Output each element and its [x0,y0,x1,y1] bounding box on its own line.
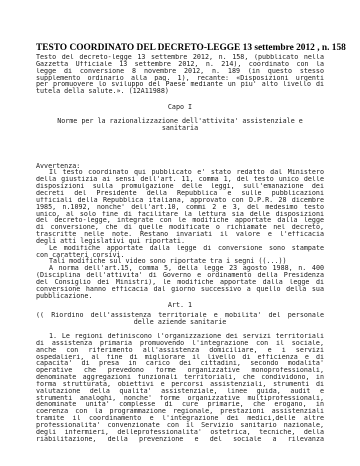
article-subheading: (( Riordino dell'assistenza territoriale… [36,312,324,326]
text-line: decreti del Presidente della Repubblica … [36,190,324,197]
text-line: professionalita' convenzionate con il Se… [36,422,324,429]
text-line: valutazione della qualita' assistenziale… [36,388,324,395]
document-body: TESTO COORDINATO DEL DECRETO-LEGGE 13 se… [36,44,324,443]
document-page: TESTO COORDINATO DEL DECRETO-LEGGE 13 se… [0,0,360,466]
spacer [36,326,324,333]
text-line: di conversione, che di quelle modificate… [36,224,324,231]
text-line: Tali modifiche sul video sono riportate … [36,258,324,265]
text-line: strumenti analoghi, nonche' forme organi… [36,395,324,402]
avvertenza-section: Avvertenza:Il testo coordinato qui pubbl… [36,163,324,300]
text-line: degli infermieri, delleprofessionalita' … [36,429,324,436]
document-title: TESTO COORDINATO DEL DECRETO-LEGGE 13 se… [36,44,324,53]
text-line: anche con riferimento all'assistenza dom… [36,347,324,354]
text-line: denominate aggregazioni funzionali terri… [36,374,324,381]
text-line: Art. 1 [36,302,324,309]
spacer [36,132,324,163]
text-line: riabilitazione, della prevenzione e del … [36,436,324,443]
text-line: pubblicazione. [36,293,324,300]
chapter-subheading: Norme per la razionalizzazione dell'atti… [36,118,324,132]
text-line: capacita' di presa in carico dei cittadi… [36,360,324,367]
text-line: operative che prevedono forme organizzat… [36,367,324,374]
text-line: A norma dell'art.15, comma 5, della legg… [36,265,324,272]
text-line: Il testo coordinato qui pubblicato e' st… [36,169,324,176]
chapter-heading: Capo I [36,104,324,111]
text-line: disposizioni sulla promulgazione delle l… [36,183,324,190]
text-line: tramite il coordinamento e l'integrazion… [36,415,324,422]
text-line: Capo I [36,104,324,111]
text-line: coerenza con la programmazione regionale… [36,408,324,415]
text-line: ospedalieri, al fine di migliorare il li… [36,354,324,361]
text-line: delle aziende sanitarie [36,319,324,326]
text-line: ufficiali della Repubblica italiana, app… [36,197,324,204]
text-line: Testo del decreto-legge 13 settembre 201… [36,54,324,61]
text-line: 1985, n.1092, nonche' dell'art.10, commi… [36,204,324,211]
text-line: supplemento ordinario alla pag. 1), reca… [36,75,324,82]
article-heading: Art. 1 [36,302,324,309]
text-line: 1. Le regioni definiscono l'organizzazio… [36,333,324,340]
text-line: unico, al solo fine di facilitare la let… [36,211,324,218]
text-line: legge di conversione 8 novembre 2012, n.… [36,68,324,75]
text-line: degli atti legislativi qui riportati. [36,238,324,245]
text-line: forma strutturata, obiettivi e percorsi … [36,381,324,388]
text-line: tutela della salute.». (12A11988) [36,88,324,95]
text-line: di assistenza primaria promuovendo l'int… [36,340,324,347]
text-line: del Consiglio dei Ministri), le modifich… [36,279,324,286]
article-paragraph: 1. Le regioni definiscono l'organizzazio… [36,333,324,443]
text-line: Avvertenza: [36,163,324,170]
text-line: del decreto-legge, integrate con le modi… [36,217,324,224]
text-line: (Disciplina dell'attivita' di Governo e … [36,272,324,279]
text-line: denominate unita' complesse di cure prim… [36,401,324,408]
text-line: della giustizia ai sensi dell'art. 11, c… [36,176,324,183]
text-line: Gazzetta Ufficiale 13 settembre 2012, n.… [36,61,324,68]
intro-paragraph: Testo del decreto-legge 13 settembre 201… [36,54,324,95]
text-line: sanitaria [36,125,324,132]
